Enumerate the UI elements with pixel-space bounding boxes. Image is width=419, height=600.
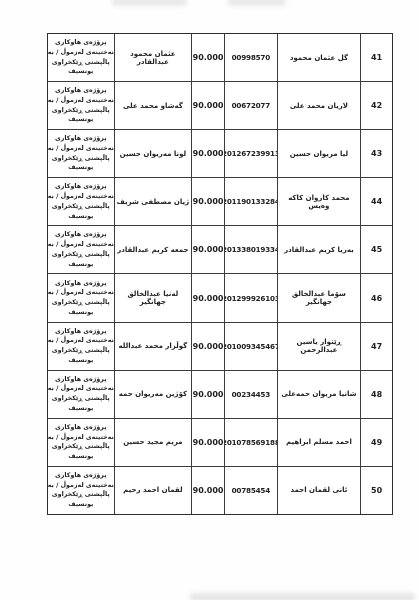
project-line-4: یونسیف [68,452,93,462]
id-number: 201078569188 [225,419,278,466]
project-description: پرۆژەی هاوکاری نەختینەی لەزموڵ / بە پاڵپ… [48,130,115,177]
second-name: گەشاو محمد علی [115,82,193,129]
row-number: 44 [361,178,392,225]
amount-value: 90.000 [192,467,225,514]
project-line-1: پرۆژەی هاوکاری [55,471,107,481]
project-line-3: پاڵپشتی ڕێکخراوی [52,442,110,452]
project-line-4: یونسیف [68,115,93,125]
project-line-1: پرۆژەی هاوکاری [55,230,107,240]
project-line-1: پرۆژەی هاوکاری [55,134,107,144]
project-description: پرۆژەی هاوکاری نەختینەی لەزموڵ / بە پاڵپ… [48,34,115,81]
table-row: 42 لاریان محمد علی 00672077 90.000 گەشاو… [48,81,392,129]
project-description: پرۆژەی هاوکاری نەختینەی لەزموڵ / بە پاڵپ… [48,178,115,225]
second-name: ژیان مصطفی شریف [115,178,193,225]
beneficiary-name: احمد مسلم ابراهیم [278,419,362,466]
table-row: 47 ڕێتوار یاسین عبدالرحمن 201009345467 9… [48,322,392,370]
project-line-1: پرۆژەی هاوکاری [55,86,107,96]
project-line-2: نەختینەی لەزموڵ / بە [48,336,114,346]
project-line-4: یونسیف [68,212,93,222]
table-row: 46 سۆما عبدالخالق جهانگیر 201299926103 9… [48,273,392,321]
amount-value: 90.000 [192,274,225,321]
second-name: لقمان احمد رحیم [115,467,193,514]
project-line-3: پاڵپشتی ڕێکخراوی [52,250,110,260]
id-number: 201009345467 [225,323,278,370]
second-name: لەنیا عبدالخالق جهانگیر [115,274,193,321]
row-number: 42 [361,82,392,129]
id-number: 00998570 [225,34,278,81]
project-line-3: پاڵپشتی ڕێکخراوی [52,394,110,404]
id-number: 00672077 [225,82,278,129]
project-line-3: پاڵپشتی ڕێکخراوی [52,346,110,356]
scan-bleed-smudge [112,0,187,6]
project-line-2: نەختینەی لەزموڵ / بە [48,192,114,202]
project-line-2: نەختینەی لەزموڵ / بە [48,240,114,250]
second-name: عثمان محمود عبدالقادر [115,34,193,81]
project-line-2: نەختینەی لەزموڵ / بە [48,433,114,443]
row-number: 41 [361,34,392,81]
beneficiary-name: ڕێتوار یاسین عبدالرحمن [278,323,362,370]
project-line-1: پرۆژەی هاوکاری [55,279,107,289]
project-description: پرۆژەی هاوکاری نەختینەی لەزموڵ / بە پاڵپ… [48,323,115,370]
project-line-3: پاڵپشتی ڕێکخراوی [52,58,110,68]
project-line-4: یونسیف [68,500,93,510]
id-number: 00234453 [225,371,278,418]
id-number: 201338019334 [225,226,278,273]
row-number: 46 [361,274,392,321]
project-line-4: یونسیف [68,308,93,318]
beneficiary-table: 41 گل عثمان محمود 00998570 90.000 عثمان … [47,33,393,515]
project-line-1: پرۆژەی هاوکاری [55,38,107,48]
amount-value: 90.000 [192,226,225,273]
second-name: لونا مەریوان حسین [115,130,193,177]
project-line-3: پاڵپشتی ڕێکخراوی [52,490,110,500]
amount-value: 90.000 [192,323,225,370]
project-description: پرۆژەی هاوکاری نەختینەی لەزموڵ / بە پاڵپ… [48,371,115,418]
project-description: پرۆژەی هاوکاری نەختینەی لەزموڵ / بە پاڵپ… [48,274,115,321]
row-number: 45 [361,226,392,273]
beneficiary-name: سۆما عبدالخالق جهانگیر [278,274,362,321]
project-line-4: یونسیف [68,260,93,270]
id-number: 00785454 [225,467,278,514]
scan-bleed-smudge [228,0,286,6]
row-number: 43 [361,130,392,177]
id-number: 201267239913 [225,130,278,177]
amount-value: 90.000 [192,419,225,466]
project-description: پرۆژەی هاوکاری نەختینەی لەزموڵ / بە پاڵپ… [48,467,115,514]
id-number: 201190133284 [225,178,278,225]
table-row: 48 شانیا مریوان حمەعلی 00234453 90.000 ک… [48,370,392,418]
id-number: 201299926103 [225,274,278,321]
row-number: 50 [361,467,392,514]
project-description: پرۆژەی هاوکاری نەختینەی لەزموڵ / بە پاڵپ… [48,226,115,273]
project-line-1: پرۆژەی هاوکاری [55,182,107,192]
project-line-3: پاڵپشتی ڕێکخراوی [52,106,110,116]
table-row: 49 احمد مسلم ابراهیم 201078569188 90.000… [48,418,392,466]
beneficiary-name: محمد کاروان کاکە وەیس [278,178,362,225]
second-name: گوڵزار محمد عبداللە [115,323,193,370]
table-row: 50 ئانی لقمان احمد 00785454 90.000 لقمان… [48,466,392,514]
table-row: 43 لیا مریوان حسین 201267239913 90.000 ل… [48,129,392,177]
amount-value: 90.000 [192,371,225,418]
project-line-2: نەختینەی لەزموڵ / بە [48,481,114,491]
scan-bleed-smudge [190,593,415,600]
table-row: 45 بەریا کریم عبدالقادر 201338019334 90.… [48,225,392,273]
project-line-1: پرۆژەی هاوکاری [55,423,107,433]
beneficiary-name: ئانی لقمان احمد [278,467,362,514]
project-line-4: یونسیف [68,163,93,173]
project-line-2: نەختینەی لەزموڵ / بە [48,144,114,154]
table-row: 44 محمد کاروان کاکە وەیس 201190133284 90… [48,177,392,225]
project-line-3: پاڵپشتی ڕێکخراوی [52,298,110,308]
beneficiary-name: لیا مریوان حسین [278,130,362,177]
project-line-4: یونسیف [68,67,93,77]
project-line-2: نەختینەی لەزموڵ / بە [48,288,114,298]
project-line-1: پرۆژەی هاوکاری [55,375,107,385]
project-line-4: یونسیف [68,356,93,366]
amount-value: 90.000 [192,34,225,81]
project-line-1: پرۆژەی هاوکاری [55,327,107,337]
project-description: پرۆژەی هاوکاری نەختینەی لەزموڵ / بە پاڵپ… [48,82,115,129]
project-line-2: نەختینەی لەزموڵ / بە [48,48,114,58]
row-number: 48 [361,371,392,418]
amount-value: 90.000 [192,178,225,225]
second-name: جمعە کریم عبدالقادر [115,226,193,273]
second-name: مریم مجید حسین [115,419,193,466]
amount-value: 90.000 [192,82,225,129]
project-line-3: پاڵپشتی ڕێکخراوی [52,154,110,164]
beneficiary-name: بەریا کریم عبدالقادر [278,226,362,273]
project-line-4: یونسیف [68,404,93,414]
row-number: 47 [361,323,392,370]
scanned-document-page: 41 گل عثمان محمود 00998570 90.000 عثمان … [0,0,419,600]
second-name: کۆژین مەریوان حمە [115,371,193,418]
row-number: 49 [361,419,392,466]
project-line-2: نەختینەی لەزموڵ / بە [48,384,114,394]
project-line-3: پاڵپشتی ڕێکخراوی [52,202,110,212]
project-line-2: نەختینەی لەزموڵ / بە [48,96,114,106]
beneficiary-name: شانیا مریوان حمەعلی [278,371,362,418]
project-description: پرۆژەی هاوکاری نەختینەی لەزموڵ / بە پاڵپ… [48,419,115,466]
amount-value: 90.000 [192,130,225,177]
beneficiary-name: لاریان محمد علی [278,82,362,129]
beneficiary-name: گل عثمان محمود [278,34,362,81]
table-row: 41 گل عثمان محمود 00998570 90.000 عثمان … [48,34,392,81]
